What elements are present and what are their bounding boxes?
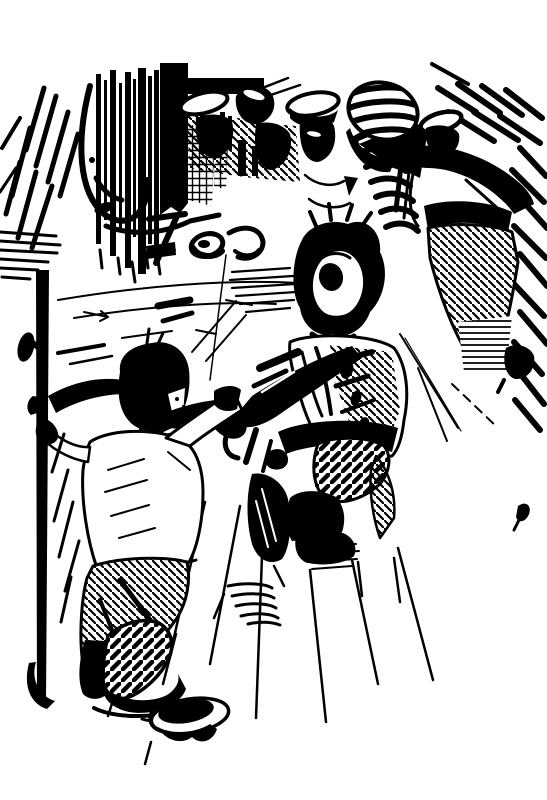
illustration: High-contrast black-and-white ink illust…	[0, 0, 547, 800]
deck-edge-stripes	[0, 232, 60, 279]
startled-man	[211, 204, 407, 625]
doorpost	[15, 270, 55, 709]
background-crew	[178, 74, 428, 231]
turban-small	[236, 86, 275, 124]
boy-shirt	[83, 431, 203, 568]
walking-man	[396, 108, 534, 392]
scribble-band	[230, 268, 296, 312]
spilled-dishes	[146, 214, 263, 263]
ink-illustration	[0, 0, 547, 800]
